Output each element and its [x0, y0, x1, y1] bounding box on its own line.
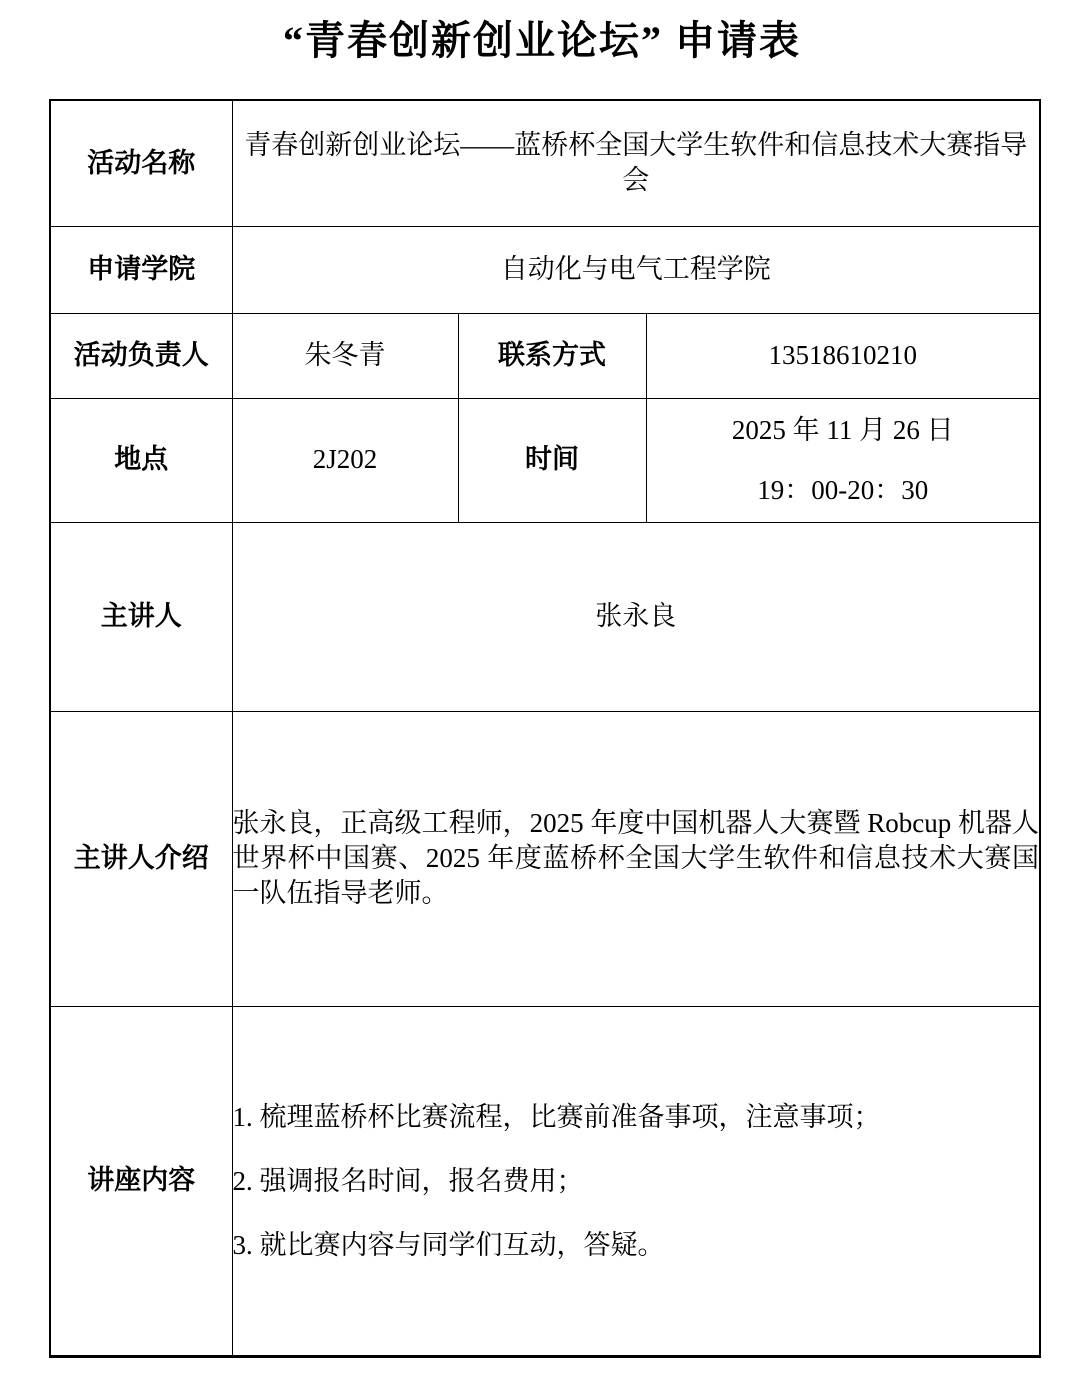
activity-name-value: 青春创新创业论坛——蓝桥杯全国大学生软件和信息技术大赛指导会 — [232, 100, 1040, 226]
application-form-table: 活动名称 青春创新创业论坛——蓝桥杯全国大学生软件和信息技术大赛指导会 申请学院… — [49, 99, 1041, 1358]
row-activity-name: 活动名称 青春创新创业论坛——蓝桥杯全国大学生软件和信息技术大赛指导会 — [50, 100, 1040, 226]
row-speaker-intro: 主讲人介绍 张永良，正高级工程师，2025 年度中国机器人大赛暨 Robcup … — [50, 711, 1040, 1006]
page-title: “青春创新创业论坛” 申请表 — [0, 0, 1084, 99]
lecture-content-label: 讲座内容 — [50, 1006, 232, 1356]
leader-label: 活动负责人 — [50, 313, 232, 398]
row-lecture-content: 讲座内容 1. 梳理蓝桥杯比赛流程，比赛前准备事项，注意事项； 2. 强调报名时… — [50, 1006, 1040, 1356]
activity-name-label: 活动名称 — [50, 100, 232, 226]
lecture-content-item: 2. 强调报名时间，报名费用； — [233, 1149, 1040, 1213]
contact-value: 13518610210 — [646, 313, 1040, 398]
speaker-intro-value: 张永良，正高级工程师，2025 年度中国机器人大赛暨 Robcup 机器人世界杯… — [232, 711, 1040, 1006]
document-page: “青春创新创业论坛” 申请表 活动名称 青春创新创业论坛——蓝桥杯全国大学生软件… — [0, 0, 1084, 1383]
location-label: 地点 — [50, 398, 232, 522]
time-range-line: 19：00-20：30 — [647, 460, 1040, 520]
speaker-value: 张永良 — [232, 522, 1040, 711]
college-label: 申请学院 — [50, 226, 232, 313]
speaker-intro-label: 主讲人介绍 — [50, 711, 232, 1006]
lecture-content-value: 1. 梳理蓝桥杯比赛流程，比赛前准备事项，注意事项； 2. 强调报名时间，报名费… — [232, 1006, 1040, 1356]
leader-value: 朱冬青 — [232, 313, 458, 398]
time-date-line: 2025 年 11 月 26 日 — [647, 400, 1040, 460]
row-college: 申请学院 自动化与电气工程学院 — [50, 226, 1040, 313]
lecture-content-item: 3. 就比赛内容与同学们互动，答疑。 — [233, 1213, 1040, 1277]
lecture-content-item: 1. 梳理蓝桥杯比赛流程，比赛前准备事项，注意事项； — [233, 1085, 1040, 1149]
row-location-time: 地点 2J202 时间 2025 年 11 月 26 日 19：00-20：30 — [50, 398, 1040, 522]
contact-label: 联系方式 — [458, 313, 646, 398]
location-value: 2J202 — [232, 398, 458, 522]
row-speaker: 主讲人 张永良 — [50, 522, 1040, 711]
time-value: 2025 年 11 月 26 日 19：00-20：30 — [646, 398, 1040, 522]
speaker-label: 主讲人 — [50, 522, 232, 711]
college-value: 自动化与电气工程学院 — [232, 226, 1040, 313]
time-label: 时间 — [458, 398, 646, 522]
row-leader-contact: 活动负责人 朱冬青 联系方式 13518610210 — [50, 313, 1040, 398]
